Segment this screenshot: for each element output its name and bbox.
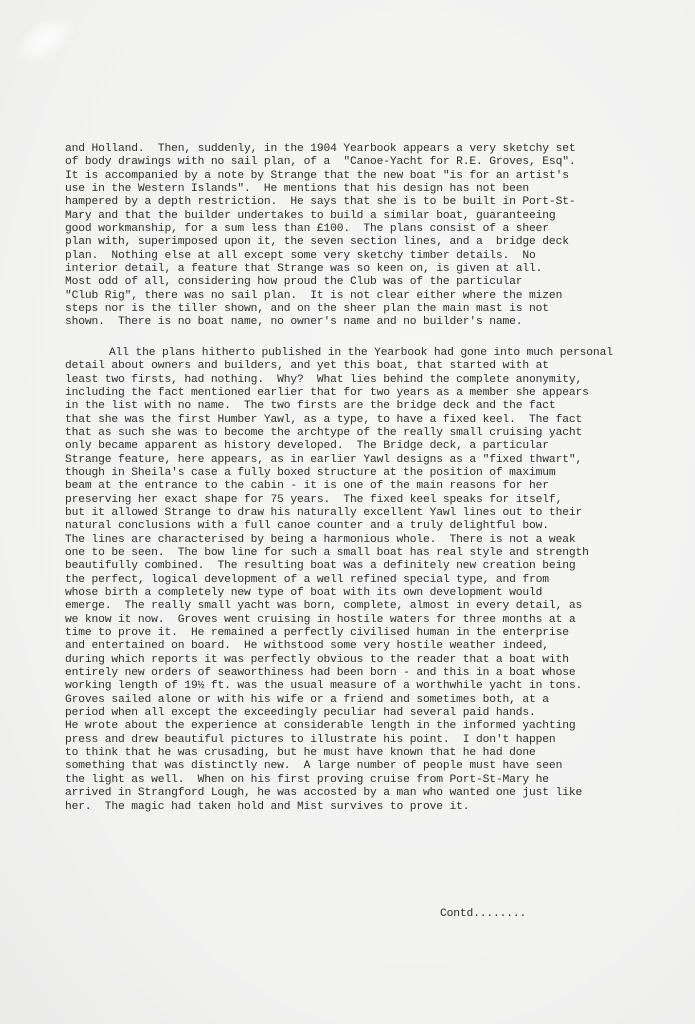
text-line: that as such she was to become the archt… — [65, 427, 685, 440]
text-line: plan with, superimposed upon it, the sev… — [65, 236, 685, 249]
text-line: plan. Nothing else at all except some ve… — [65, 250, 685, 263]
text-line: natural conclusions with a full canoe co… — [65, 520, 685, 533]
document-page: and Holland. Then, suddenly, in the 1904… — [0, 0, 695, 1024]
text-line: one to be seen. The bow line for such a … — [65, 547, 685, 560]
text-line: but it allowed Strange to draw his natur… — [65, 507, 685, 520]
text-line: It is accompanied by a note by Strange t… — [65, 170, 685, 183]
paragraph-gap — [65, 330, 685, 347]
text-line: during which reports it was perfectly ob… — [65, 654, 685, 667]
continuation-marker: Contd........ — [440, 908, 526, 920]
text-line: beautifully combined. The resulting boat… — [65, 560, 685, 573]
text-line: to think that he was crusading, but he m… — [65, 747, 685, 760]
text-line: "Club Rig", there was no sail plan. It i… — [65, 290, 685, 303]
text-line: that she was the first Humber Yawl, as a… — [65, 414, 685, 427]
text-line: steps nor is the tiller shown, and on th… — [65, 303, 685, 316]
text-line: shown. There is no boat name, no owner's… — [65, 316, 685, 329]
text-line: Strange feature, here appears, as in ear… — [65, 454, 685, 467]
text-line: we know it now. Groves went cruising in … — [65, 614, 685, 627]
text-line: whose birth a completely new type of boa… — [65, 587, 685, 600]
text-line: preserving her exact shape for 75 years.… — [65, 494, 685, 507]
text-line: the light as well. When on his first pro… — [65, 774, 685, 787]
text-line: All the plans hitherto published in the … — [65, 347, 685, 360]
text-line: detail about owners and builders, and ye… — [65, 360, 685, 373]
text-line: period when all except the exceedingly p… — [65, 707, 685, 720]
text-line: Groves sailed alone or with his wife or … — [65, 694, 685, 707]
text-line: working length of 19½ ft. was the usual … — [65, 680, 685, 693]
text-line: of body drawings with no sail plan, of a… — [65, 156, 685, 169]
text-line: hampered by a depth restriction. He says… — [65, 196, 685, 209]
text-line: only became apparent as history develope… — [65, 440, 685, 453]
text-line: though in Sheila's case a fully boxed st… — [65, 467, 685, 480]
text-line: emerge. The really small yacht was born,… — [65, 600, 685, 613]
text-line: press and drew beautiful pictures to ill… — [65, 734, 685, 747]
text-line: time to prove it. He remained a perfectl… — [65, 627, 685, 640]
text-line: her. The magic had taken hold and Mist s… — [65, 801, 685, 814]
text-line: arrived in Strangford Lough, he was acco… — [65, 787, 685, 800]
text-line: use in the Western Islands". He mentions… — [65, 183, 685, 196]
text-line: and Holland. Then, suddenly, in the 1904… — [65, 143, 685, 156]
text-line: and entertained on board. He withstood s… — [65, 640, 685, 653]
text-line: the perfect, logical development of a we… — [65, 574, 685, 587]
text-line: least two firsts, had nothing. Why? What… — [65, 374, 685, 387]
paragraph-1: and Holland. Then, suddenly, in the 1904… — [65, 143, 685, 330]
paragraph-2: All the plans hitherto published in the … — [65, 347, 685, 814]
text-line: in the list with no name. The two firsts… — [65, 400, 685, 413]
text-line: The lines are characterised by being a h… — [65, 534, 685, 547]
text-line: including the fact mentioned earlier tha… — [65, 387, 685, 400]
text-line: entirely new orders of seaworthiness had… — [65, 667, 685, 680]
text-line: He wrote about the experience at conside… — [65, 720, 685, 733]
text-line: something that was distinctly new. A lar… — [65, 760, 685, 773]
paper-scuff-mark — [5, 4, 85, 77]
text-line: good workmanship, for a sum less than £1… — [65, 223, 685, 236]
text-line: interior detail, a feature that Strange … — [65, 263, 685, 276]
typewritten-body: and Holland. Then, suddenly, in the 1904… — [65, 143, 685, 814]
text-line: Mary and that the builder undertakes to … — [65, 210, 685, 223]
text-line: beam at the entrance to the cabin - it i… — [65, 480, 685, 493]
text-line: Most odd of all, considering how proud t… — [65, 276, 685, 289]
